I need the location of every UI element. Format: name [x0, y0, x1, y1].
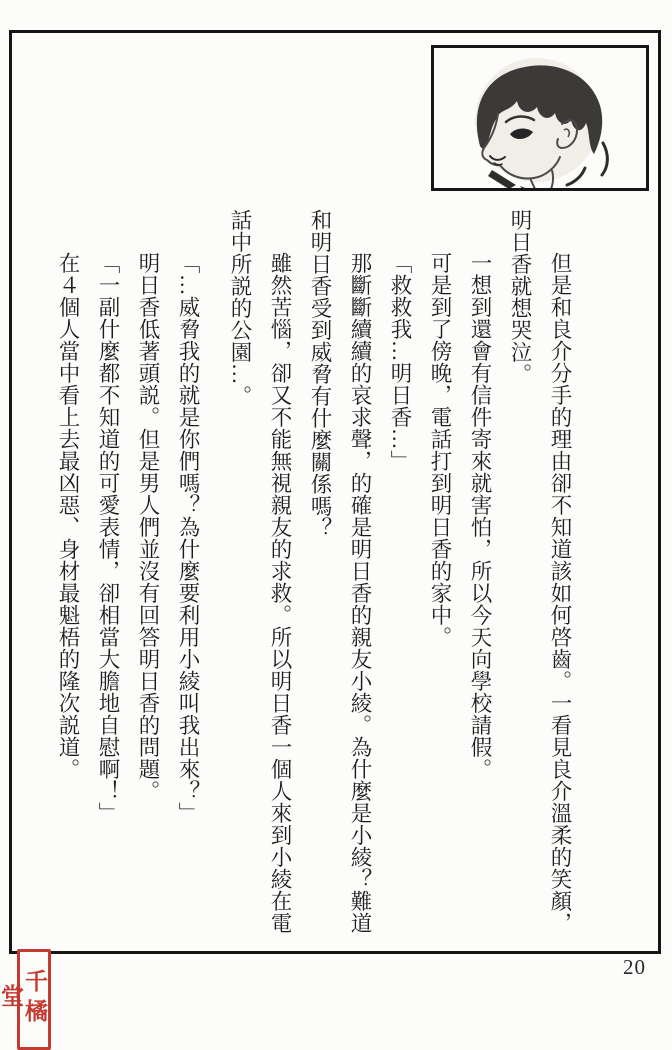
- paragraph: 可是到了傍晚，電話打到明日香的家中。: [420, 209, 460, 941]
- paragraph: 一想到還會有信件寄來就害怕，所以今天向學校請假。: [460, 209, 500, 941]
- paragraph: 但是和良介分手的理由卻不知道該如何啓齒。一看見良介溫柔的笑顏，明日香就想哭泣。: [500, 209, 580, 941]
- paragraph: 「一副什麼都不知道的可愛表情，卻相當大膽地自慰啊！」: [88, 209, 128, 941]
- book-page: 但是和良介分手的理由卻不知道該如何啓齒。一看見良介溫柔的笑顏，明日香就想哭泣。 …: [0, 0, 672, 1050]
- publisher-seal: 千橘堂: [17, 949, 51, 1050]
- paragraph: 雖然苦惱，卻又不能無視親友的求救。所以明日香一個人來到小綾在電話中所説的公園…。: [220, 209, 300, 941]
- paragraph: 那斷斷續續的哀求聲，的確是明日香的親友小綾。為什麼是小綾？難道和明日香受到威脅有…: [300, 209, 380, 941]
- page-number: 20: [623, 955, 646, 980]
- novel-text: 但是和良介分手的理由卻不知道該如何啓齒。一看見良介溫柔的笑顏，明日香就想哭泣。 …: [42, 209, 580, 941]
- portrait-illustration: [431, 45, 649, 191]
- character-portrait-icon: [434, 48, 646, 188]
- paragraph: 明日香低著頭説。但是男人們並沒有回答明日香的問題。: [128, 209, 168, 941]
- paragraph: 「…威脅我的就是你們嗎？為什麼要利用小綾叫我出來？」: [168, 209, 208, 941]
- paragraph: 在４個人當中看上去最凶惡、身材最魁梧的隆次説道。: [48, 209, 88, 941]
- paragraph: 「救救我…明日香…」: [380, 209, 420, 941]
